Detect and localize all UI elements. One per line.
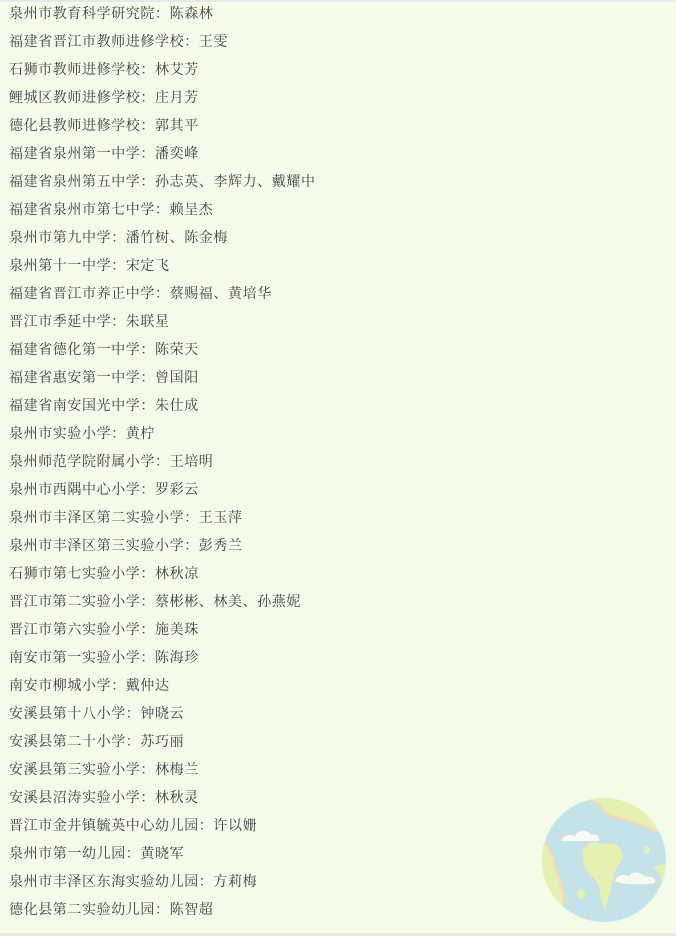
list-item: 福建省南安国光中学：朱仕成	[9, 392, 316, 420]
list-item: 泉州市西隅中心小学：罗彩云	[9, 476, 316, 504]
list-item: 泉州市丰泽区第三实验小学：彭秀兰	[9, 532, 316, 560]
list-item: 福建省晋江市教师进修学校：王雯	[9, 28, 316, 56]
list-item: 泉州师范学院附属小学：王培明	[9, 448, 316, 476]
list-item: 泉州市丰泽区第二实验小学：王玉萍	[9, 504, 316, 532]
list-item: 安溪县第三实验小学：林梅兰	[9, 756, 316, 784]
list-item: 泉州市丰泽区东海实验幼儿园：方莉梅	[9, 868, 316, 896]
list-item: 福建省惠安第一中学：曾国阳	[9, 364, 316, 392]
list-item: 泉州市教育科学研究院：陈森林	[9, 0, 316, 28]
list-item: 安溪县第二十小学：苏巧丽	[9, 728, 316, 756]
globe-icon	[541, 797, 667, 923]
list-item: 德化县第二实验幼儿园：陈智超	[9, 896, 316, 924]
list-item: 泉州市第一幼儿园：黄晓军	[9, 840, 316, 868]
list-item: 晋江市第二实验小学：蔡彬彬、林美、孙燕妮	[9, 588, 316, 616]
award-list: 泉州市教育科学研究院：陈森林 福建省晋江市教师进修学校：王雯 石狮市教师进修学校…	[9, 0, 316, 924]
list-item: 福建省泉州第一中学：潘奕峰	[9, 140, 316, 168]
list-item: 石狮市教师进修学校：林艾芳	[9, 56, 316, 84]
list-item: 福建省泉州市第七中学：赖呈杰	[9, 196, 316, 224]
list-item: 晋江市第六实验小学：施美珠	[9, 616, 316, 644]
list-item: 石狮市第七实验小学：林秋凉	[9, 560, 316, 588]
list-item: 安溪县沼涛实验小学：林秋灵	[9, 784, 316, 812]
list-item: 泉州市实验小学：黄柠	[9, 420, 316, 448]
list-item: 南安市柳城小学：戴仲达	[9, 672, 316, 700]
list-item: 德化县教师进修学校：郭其平	[9, 112, 316, 140]
list-item: 泉州第十一中学：宋定飞	[9, 252, 316, 280]
list-item: 安溪县第十八小学：钟晓云	[9, 700, 316, 728]
list-item: 泉州市第九中学：潘竹树、陈金梅	[9, 224, 316, 252]
list-item: 晋江市季延中学：朱联星	[9, 308, 316, 336]
list-item: 福建省晋江市养正中学：蔡赐福、黄培华	[9, 280, 316, 308]
list-item: 福建省德化第一中学：陈荣天	[9, 336, 316, 364]
list-item: 福建省泉州第五中学：孙志英、李辉力、戴耀中	[9, 168, 316, 196]
list-item: 南安市第一实验小学：陈海珍	[9, 644, 316, 672]
list-item: 晋江市金井镇毓英中心幼儿园：许以姗	[9, 812, 316, 840]
list-item: 鲤城区教师进修学校：庄月芳	[9, 84, 316, 112]
